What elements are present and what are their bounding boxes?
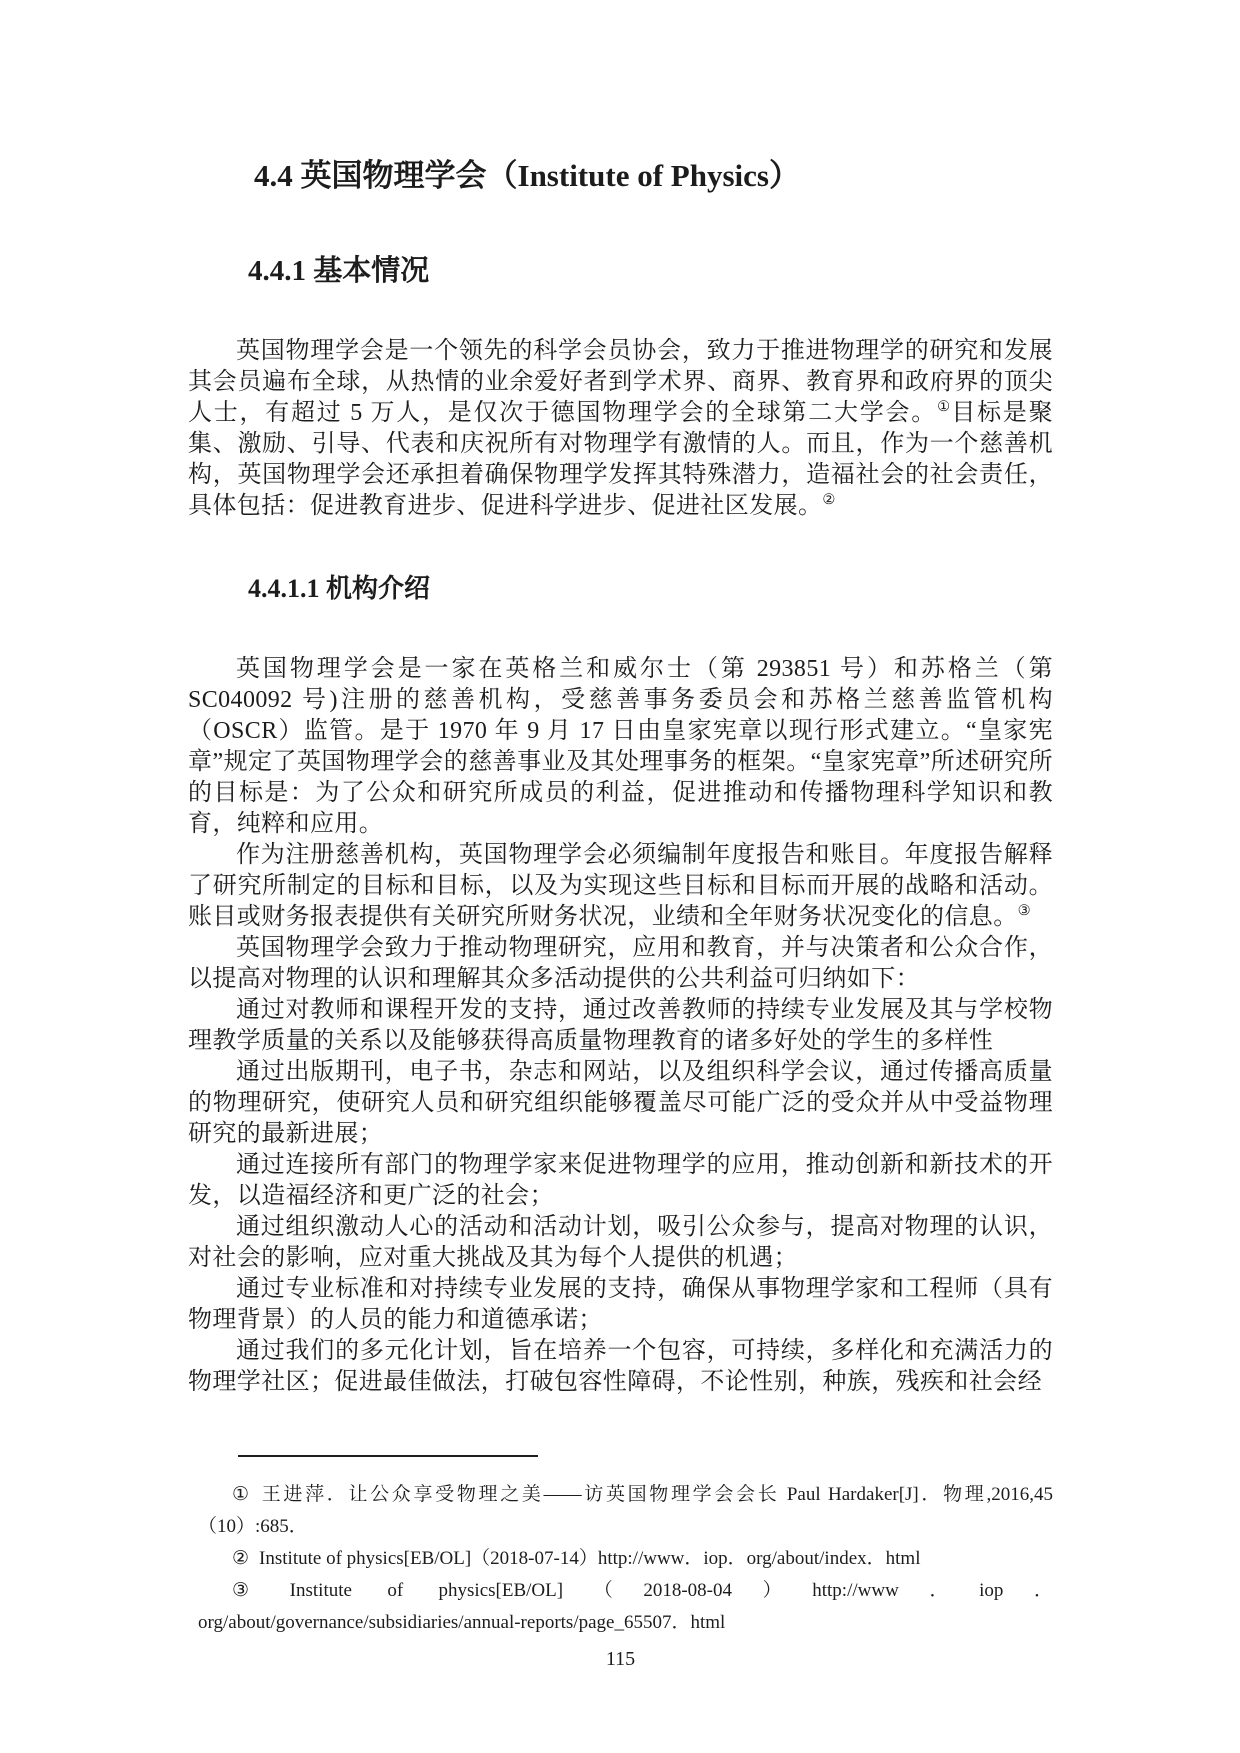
body-paragraph: 通过对教师和课程开发的支持，通过改善教师的持续专业发展及其与学校物理教学质量的关…: [188, 995, 1053, 1057]
body-paragraph: 通过出版期刊，电子书，杂志和网站，以及组织科学会议，通过传播高质量的物理研究，使…: [188, 1057, 1053, 1150]
body-paragraph: 英国物理学会是一个领先的科学会员协会，致力于推进物理学的研究和发展其会员遍布全球…: [188, 336, 1053, 522]
footnote-text: Institute of physics[EB/OL]（2018-08-04）h…: [198, 1580, 1053, 1633]
body-paragraph: 通过组织激动人心的活动和活动计划，吸引公众参与，提高对物理的认识，对社会的影响，…: [188, 1212, 1053, 1274]
body-paragraph: 通过专业标准和对持续专业发展的支持，确保从事物理学家和工程师（具有物理背景）的人…: [188, 1274, 1053, 1336]
footnote-area: ①王进萍．让公众享受物理之美——访英国物理学会会长 Paul Hardaker[…: [188, 1455, 1053, 1639]
footnote-divider: [238, 1455, 538, 1457]
footnote-text: 王进萍．让公众享受物理之美——访英国物理学会会长 Paul Hardaker[J…: [198, 1484, 1053, 1537]
section-4411-body: 英国物理学会是一家在英格兰和威尔士（第 293851 号）和苏格兰（第 SC04…: [188, 654, 1053, 1398]
body-paragraph: 英国物理学会致力于推动物理研究，应用和教育，并与决策者和公众合作，以提高对物理的…: [188, 933, 1053, 995]
page-number: 115: [188, 1647, 1053, 1671]
footnote-item: ①王进萍．让公众享受物理之美——访英国物理学会会长 Paul Hardaker[…: [188, 1479, 1053, 1543]
body-paragraph: 英国物理学会是一家在英格兰和威尔士（第 293851 号）和苏格兰（第 SC04…: [188, 654, 1053, 840]
footnote-list: ①王进萍．让公众享受物理之美——访英国物理学会会长 Paul Hardaker[…: [188, 1479, 1053, 1639]
footnote-marker: ②: [232, 1548, 249, 1569]
body-paragraph: 通过我们的多元化计划，旨在培养一个包容，可持续，多样化和充满活力的物理学社区；促…: [188, 1336, 1053, 1398]
footnote-marker: ①: [232, 1484, 252, 1505]
document-page: 4.4 英国物理学会（Institute of Physics） 4.4.1 基…: [0, 0, 1240, 1753]
section-441-body: 英国物理学会是一个领先的科学会员协会，致力于推进物理学的研究和发展其会员遍布全球…: [188, 336, 1053, 522]
chapter-title: 4.4 英国物理学会（Institute of Physics）: [254, 0, 1053, 194]
section-heading-441: 4.4.1 基本情况: [248, 254, 1053, 288]
footnote-text: Institute of physics[EB/OL]（2018-07-14）h…: [259, 1548, 920, 1569]
subsection-heading-4411: 4.4.1.1 机构介绍: [248, 574, 1053, 604]
body-paragraph: 通过连接所有部门的物理学家来促进物理学的应用，推动创新和新技术的开发，以造福经济…: [188, 1150, 1053, 1212]
footnote-item: ③Institute of physics[EB/OL]（2018-08-04）…: [188, 1575, 1053, 1639]
page-content: 4.4 英国物理学会（Institute of Physics） 4.4.1 基…: [0, 0, 1240, 1753]
body-paragraph: 作为注册慈善机构，英国物理学会必须编制年度报告和账目。年度报告解释了研究所制定的…: [188, 840, 1053, 933]
footnote-marker: ③: [232, 1580, 280, 1601]
footnote-item: ②Institute of physics[EB/OL]（2018-07-14）…: [188, 1543, 1053, 1575]
